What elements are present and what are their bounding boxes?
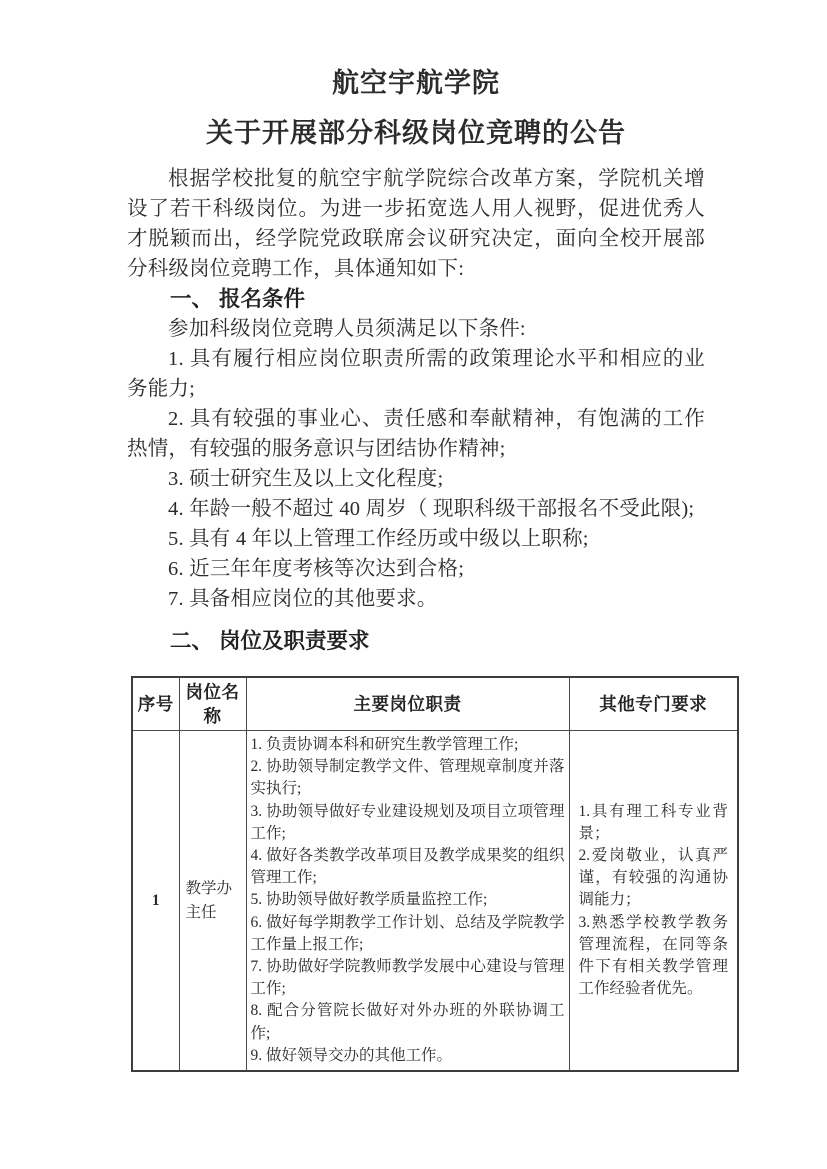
cell-row-number: 1 <box>132 731 179 1072</box>
col-header-no: 序号 <box>132 677 179 731</box>
requirement-item-1: 1.具有理工科专业背景； <box>579 801 729 845</box>
condition-item-4: 4. 年龄一般不超过 40 周岁（ 现职科级干部报名不受此限); <box>127 494 705 524</box>
section1-lead: 参加科级岗位竞聘人员须满足以下条件: <box>127 314 705 344</box>
col-header-post-name: 岗位名称 <box>179 677 246 731</box>
document-page: 航空宇航学院 关于开展部分科级岗位竞聘的公告 根据学校批复的航空宇航学院综合改革… <box>0 0 827 1169</box>
col-header-duties: 主要岗位职责 <box>246 677 569 731</box>
duty-item-5: 5. 协助领导做好教学质量监控工作; <box>251 889 565 911</box>
duty-item-7: 7. 协助做好学院教师教学发展中心建设与管理工作; <box>251 956 565 1000</box>
cell-post-name: 教学办主任 <box>179 731 246 1072</box>
condition-item-7: 7. 具备相应岗位的其他要求。 <box>127 584 705 614</box>
cell-requirements: 1.具有理工科专业背景； 2.爱岗敬业，认真严谨，有较强的沟通协调能力； 3.熟… <box>569 731 738 1072</box>
col-header-requirements: 其他专门要求 <box>569 677 738 731</box>
table-row: 1 教学办主任 1. 负责协调本科和研究生教学管理工作; 2. 协助领导制定教学… <box>132 731 738 1072</box>
condition-item-3: 3. 硕士研究生及以上文化程度; <box>127 464 705 494</box>
duty-item-8: 8. 配合分管院长做好对外办班的外联协调工作; <box>251 1000 565 1044</box>
condition-item-5: 5. 具有 4 年以上管理工作经历或中级以上职称; <box>127 524 705 554</box>
table-header-row: 序号 岗位名称 主要岗位职责 其他专门要求 <box>132 677 738 731</box>
document-content: 航空宇航学院 关于开展部分科级岗位竞聘的公告 根据学校批复的航空宇航学院综合改革… <box>0 0 827 1072</box>
duty-item-1: 1. 负责协调本科和研究生教学管理工作; <box>251 734 565 756</box>
cell-duties: 1. 负责协调本科和研究生教学管理工作; 2. 协助领导制定教学文件、管理规章制… <box>246 731 569 1072</box>
doc-title-line1: 航空宇航学院 <box>127 66 705 100</box>
intro-paragraph: 根据学校批复的航空宇航学院综合改革方案，学院机关增设了若干科级岗位。为进一步拓宽… <box>127 164 705 284</box>
duty-item-3: 3. 协助领导做好专业建设规划及项目立项管理工作; <box>251 801 565 845</box>
duty-item-2: 2. 协助领导制定教学文件、管理规章制度并落实执行; <box>251 756 565 800</box>
condition-item-6: 6. 近三年年度考核等次达到合格; <box>127 554 705 584</box>
condition-item-1: 1. 具有履行相应岗位职责所需的政策理论水平和相应的业务能力; <box>127 344 705 404</box>
doc-title-line2: 关于开展部分科级岗位竞聘的公告 <box>127 116 705 150</box>
duty-item-6: 6. 做好每学期教学工作计划、总结及学院教学工作量上报工作; <box>251 912 565 956</box>
post-requirements-table: 序号 岗位名称 主要岗位职责 其他专门要求 1 教学办主任 1. 负责协调本科和… <box>131 676 739 1072</box>
requirement-item-3: 3.熟悉学校教学教务管理流程，在同等条件下有相关教学管理工作经验者优先。 <box>579 912 729 1001</box>
duty-item-9: 9. 做好领导交办的其他工作。 <box>251 1045 565 1067</box>
condition-item-2: 2. 具有较强的事业心、责任感和奉献精神，有饱满的工作热情，有较强的服务意识与团… <box>127 404 705 464</box>
section2-heading: 二、 岗位及职责要求 <box>127 626 705 656</box>
section1-heading: 一、 报名条件 <box>127 284 705 314</box>
requirement-item-2: 2.爱岗敬业，认真严谨，有较强的沟通协调能力； <box>579 845 729 912</box>
duty-item-4: 4. 做好各类教学改革项目及教学成果奖的组织管理工作; <box>251 845 565 889</box>
